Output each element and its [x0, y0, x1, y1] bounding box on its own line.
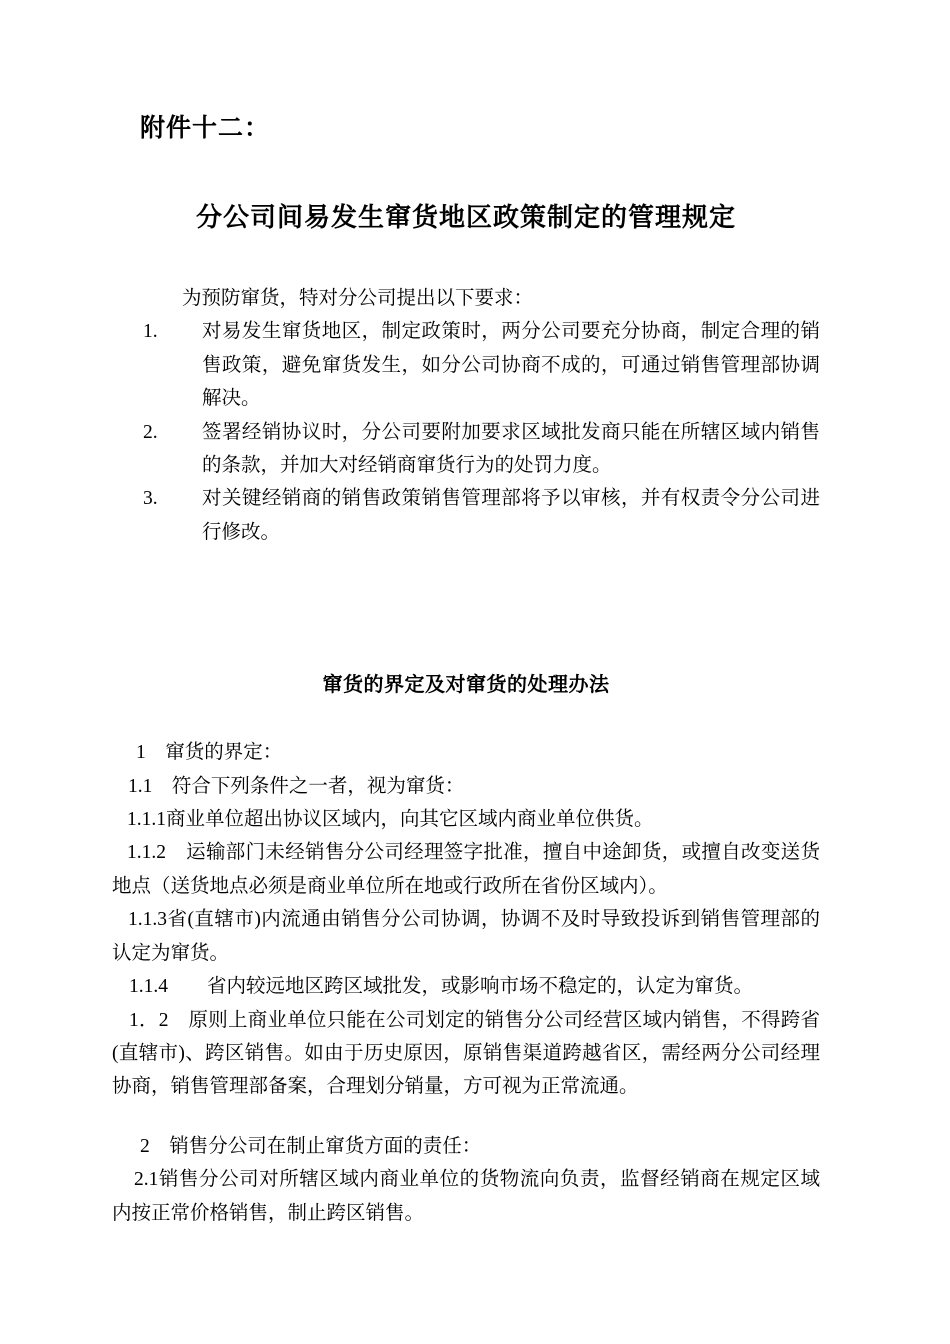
list-item-text: 签署经销协议时，分公司要附加要求区域批发商只能在所辖区域内销售的条款，并加大对经…	[202, 416, 820, 483]
intro-paragraph: 为预防窜货，特对分公司提出以下要求：	[112, 282, 820, 315]
clause-1-2: 1．2 原则上商业单位只能在公司划定的销售分公司经营区域内销售，不得跨省(直辖市…	[112, 1004, 820, 1104]
clause-1-1-2: 1.1.2 运输部门未经销售分公司经理签字批准，擅自中途卸货，或擅自改变送货地点…	[112, 836, 820, 903]
clause-1-1-4: 1.1.4 省内较远地区跨区域批发，或影响市场不稳定的，认定为窜货。	[112, 970, 820, 1003]
list-item-text: 对关键经销商的销售政策销售管理部将予以审核，并有权责令分公司进行修改。	[202, 482, 820, 549]
list-item-text: 对易发生窜货地区，制定政策时，两分公司要充分协商，制定合理的销售政策，避免窜货发…	[202, 315, 820, 415]
clause-1-1-3: 1.1.3省(直辖市)内流通由销售分公司协调，协调不及时导致投诉到销售管理部的认…	[112, 903, 820, 970]
attachment-label: 附件十二：	[140, 112, 820, 145]
list-item: 2. 签署经销协议时，分公司要附加要求区域批发商只能在所辖区域内销售的条款，并加…	[112, 416, 820, 483]
list-item: 1. 对易发生窜货地区，制定政策时，两分公司要充分协商，制定合理的销售政策，避免…	[112, 315, 820, 415]
list-item: 3. 对关键经销商的销售政策销售管理部将予以审核，并有权责令分公司进行修改。	[112, 482, 820, 549]
clause-1-1: 1.1 符合下列条件之一者，视为窜货：	[112, 770, 820, 803]
clause-1: 1 窜货的界定：	[112, 736, 820, 769]
section-heading: 窜货的界定及对窜货的处理办法	[112, 669, 820, 702]
requirements-list: 1. 对易发生窜货地区，制定政策时，两分公司要充分协商，制定合理的销售政策，避免…	[112, 315, 820, 549]
clause-2: 2 销售分公司在制止窜货方面的责任：	[112, 1130, 820, 1163]
document-title: 分公司间易发生窜货地区政策制定的管理规定	[112, 202, 820, 234]
clause-1-1-1: 1.1.1商业单位超出协议区域内，向其它区域内商业单位供货。	[112, 803, 820, 836]
definition-section: 1 窜货的界定： 1.1 符合下列条件之一者，视为窜货： 1.1.1商业单位超出…	[112, 736, 820, 1103]
clause-2-1: 2.1销售分公司对所辖区域内商业单位的货物流向负责，监督经销商在规定区域内按正常…	[112, 1163, 820, 1230]
responsibility-section: 2 销售分公司在制止窜货方面的责任： 2.1销售分公司对所辖区域内商业单位的货物…	[112, 1130, 820, 1230]
list-item-number: 3.	[112, 482, 202, 549]
list-item-number: 1.	[112, 315, 202, 415]
document-page: 附件十二： 分公司间易发生窜货地区政策制定的管理规定 为预防窜货，特对分公司提出…	[0, 0, 950, 1344]
list-item-number: 2.	[112, 416, 202, 483]
